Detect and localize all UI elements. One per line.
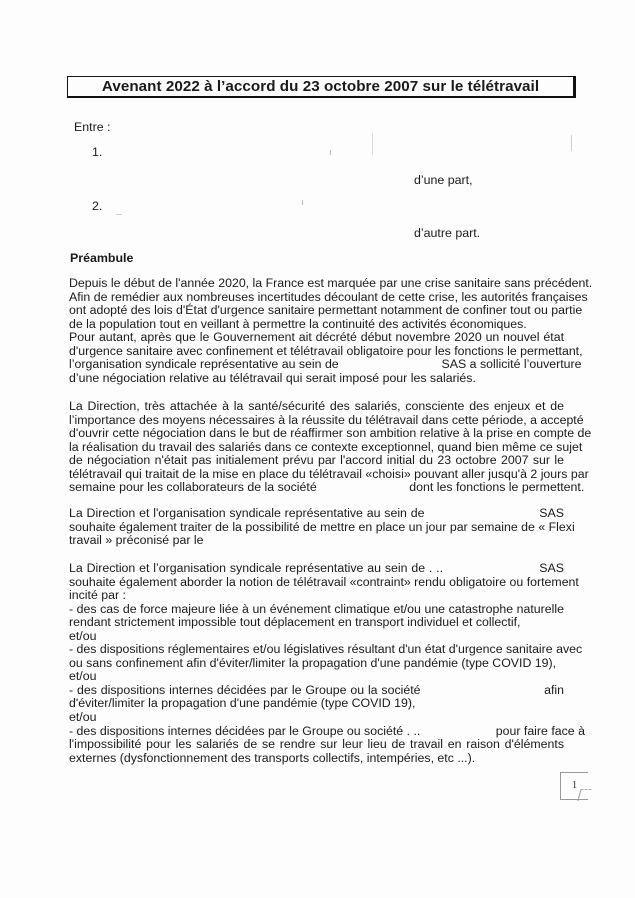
- document-page: Avenant 2022 à l’accord du 23 octobre 20…: [0, 0, 635, 898]
- scan-artifact: [571, 135, 572, 151]
- paragraph-line: l’importance des moyens nécessaires à la…: [69, 414, 564, 428]
- paragraph-line: et/ou: [69, 630, 564, 644]
- parties-intro: Entre :: [74, 121, 111, 135]
- paragraph-line: travail » préconisé par le: [69, 534, 564, 548]
- paragraph-line: - des dispositions réglementaires et/ou …: [69, 643, 564, 657]
- paragraph-line: La Direction et l’organisation syndicale…: [69, 562, 564, 576]
- preamble-paragraph-4: La Direction et l’organisation syndicale…: [69, 562, 564, 765]
- paragraph-line: ou sans confinement afin d'éviter/limite…: [69, 657, 564, 671]
- party-1-number: 1.: [92, 146, 102, 160]
- scan-artifact: [116, 214, 122, 215]
- paragraph-line: de la population tout en veillant à perm…: [69, 318, 564, 332]
- paragraph-line: et/ou: [69, 670, 564, 684]
- scan-artifact: [372, 133, 373, 155]
- paragraph-line: rendant strictement impossible tout dépl…: [69, 616, 564, 630]
- page-curl-icon: [577, 789, 591, 801]
- preamble-heading: Préambule: [70, 252, 133, 266]
- paragraph-line: incité par :: [69, 589, 564, 603]
- scan-artifact: [330, 150, 331, 155]
- paragraph-line: d'ouvrir cette négociation dans le but d…: [69, 427, 564, 441]
- paragraph-line: La Direction et l'organisation syndicale…: [69, 507, 564, 521]
- preamble-paragraph-1: Depuis le début de l'année 2020, la Fran…: [69, 277, 564, 385]
- paragraph-line: - des dispositions internes décidées par…: [69, 725, 564, 739]
- paragraph-line: ont adopté des lois d'État d'urgence san…: [69, 304, 564, 318]
- party-2-number: 2.: [92, 200, 102, 214]
- scan-artifact: [302, 200, 303, 205]
- paragraph-line: Pour autant, après que le Gouvernement a…: [69, 331, 564, 345]
- paragraph-line: souhaite également traiter de la possibi…: [69, 521, 564, 535]
- party-2-closing: d’autre part.: [414, 227, 480, 241]
- paragraph-line: La Direction, très attachée à la santé/s…: [69, 400, 564, 414]
- paragraph-line: d'éviter/limiter la propagation d'une pa…: [69, 697, 564, 711]
- paragraph-line: d’une négociation relative au télétravai…: [69, 372, 564, 386]
- paragraph-line: télétravail qui traitait de la mise en p…: [69, 468, 564, 482]
- document-title: Avenant 2022 à l’accord du 23 octobre 20…: [67, 76, 576, 98]
- paragraph-line: externes (dysfonctionnement des transpor…: [69, 752, 564, 766]
- paragraph-line: semaine pour les collaborateurs de la so…: [69, 481, 564, 495]
- paragraph-line: et/ou: [69, 711, 564, 725]
- paragraph-line: de négociation n'était pas initialement …: [69, 454, 564, 468]
- paragraph-line: d'urgence sanitaire avec confinement et …: [69, 345, 564, 359]
- paragraph-line: souhaite également aborder la notion de …: [69, 576, 564, 590]
- preamble-paragraph-2: La Direction, très attachée à la santé/s…: [69, 400, 564, 495]
- paragraph-line: - des dispositions internes décidées par…: [69, 684, 564, 698]
- party-1-closing: d’une part,: [414, 174, 473, 188]
- paragraph-line: l’organisation syndicale représentative …: [69, 358, 564, 372]
- preamble-paragraph-3: La Direction et l'organisation syndicale…: [69, 507, 564, 548]
- paragraph-line: l'impossibilité pour les salariés de se …: [69, 738, 564, 752]
- paragraph-line: - des cas de force majeure liée à un évé…: [69, 603, 564, 617]
- paragraph-line: la réalisation du travail des salariés d…: [69, 441, 564, 455]
- paragraph-line: Depuis le début de l'année 2020, la Fran…: [69, 277, 564, 291]
